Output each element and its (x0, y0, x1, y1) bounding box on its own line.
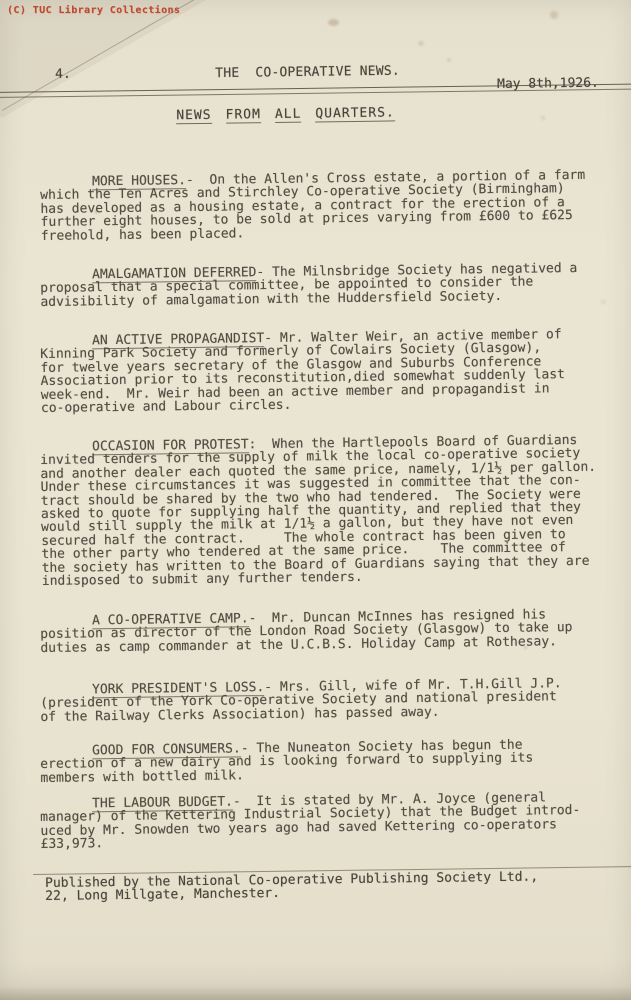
page-bottom-edge-shadow (0, 986, 631, 1000)
scanned-document-page: (C) TUC Library Collections 4. THE CO-OP… (0, 0, 631, 1000)
article: THE LABOUR BUDGET.- It is stated by Mr. … (40, 790, 621, 851)
section-heading: NEWSFROMALLQUARTERS. (0, 104, 601, 126)
section-heading-word: NEWS (176, 108, 212, 124)
article: YORK PRESIDENT'S LOSS.- Mrs. Gill, wife … (40, 676, 620, 724)
library-watermark: (C) TUC Library Collections (7, 5, 180, 16)
masthead-double-rule (0, 84, 631, 98)
page-corner-shade (0, 0, 235, 118)
paper-stain (418, 41, 424, 46)
imprint-footer: Published by the National Co-operative P… (45, 871, 538, 904)
article: AN ACTIVE PROPAGANDIST- Mr. Walter Weir,… (40, 327, 621, 415)
article: A CO-OPERATIVE CAMP.- Mr. Duncan McInnes… (40, 607, 620, 655)
article: MORE HOUSES.- On the Allen's Cross estat… (40, 168, 621, 243)
article: GOOD FOR CONSUMERS.- The Nuneaton Societ… (40, 737, 620, 785)
article: OCCASION FOR PROTEST: When the Hartlepoo… (40, 433, 622, 588)
article: AMALGAMATION DEFERRED- The Milnsbridge S… (40, 261, 620, 309)
paper-stain (328, 19, 339, 26)
section-heading-word: QUARTERS. (315, 105, 395, 122)
paper-stain (447, 58, 451, 62)
section-heading-word: FROM (225, 107, 261, 123)
section-heading-word: ALL (275, 107, 302, 123)
paper-stain (550, 11, 558, 19)
